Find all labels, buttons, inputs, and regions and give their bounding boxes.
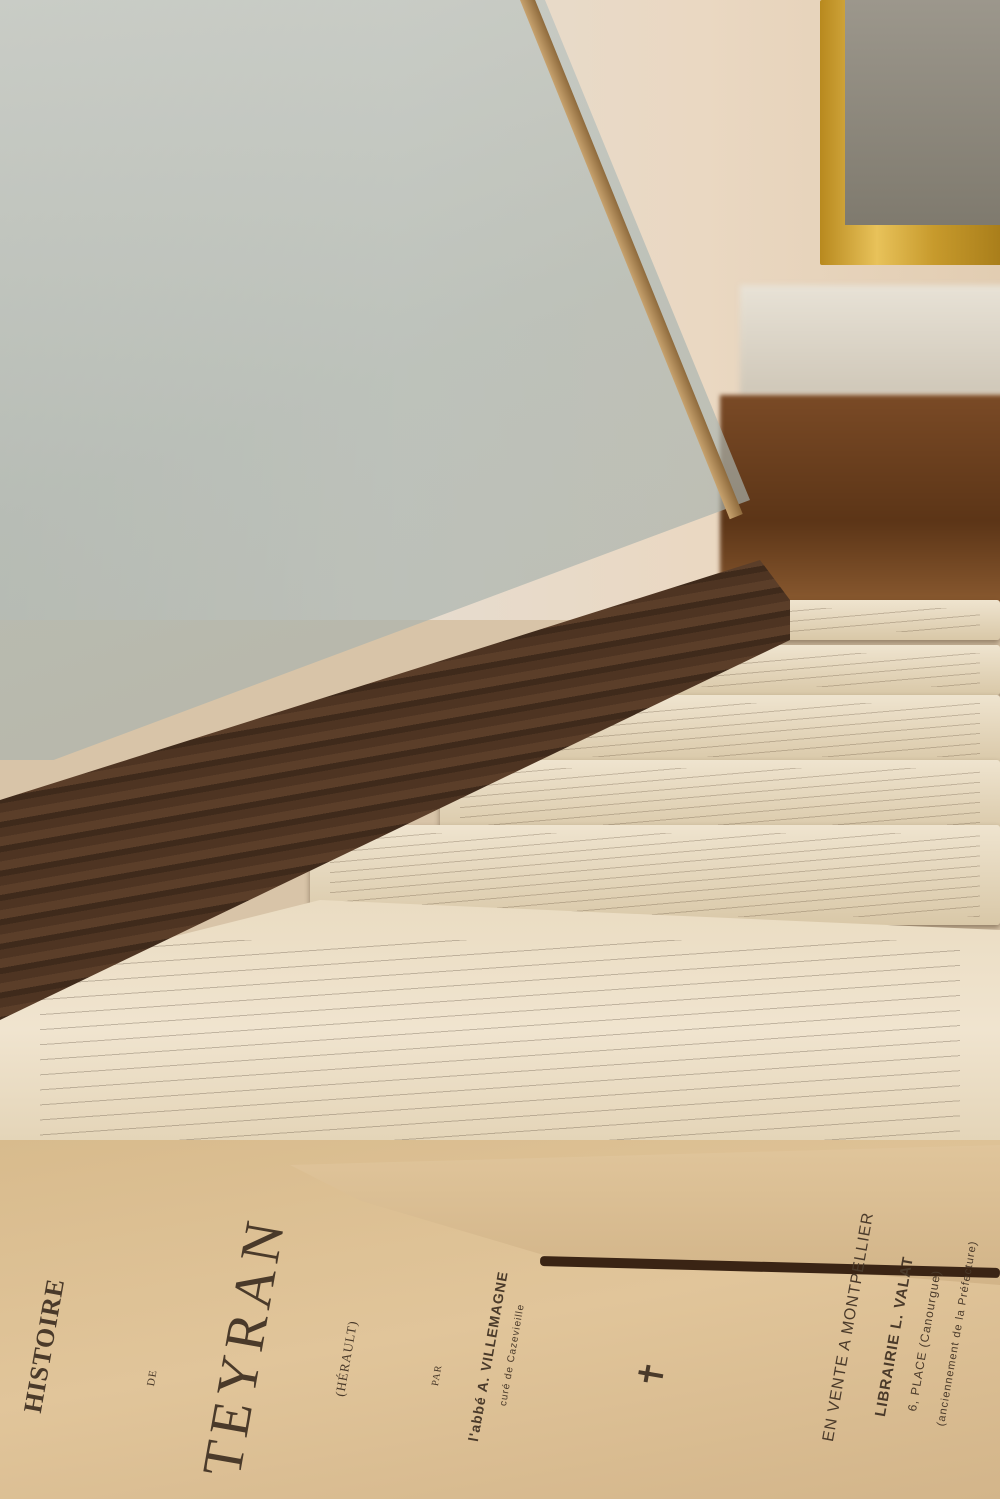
manuscript-sheet [440,760,1000,835]
marble-mantel [740,285,1000,395]
gilt-picture-frame [820,0,1000,265]
painting [845,0,1000,225]
photo-scene: HISTOIRE DE TEYRAN (HÉRAULT) PAR l'abbé … [0,0,1000,1499]
